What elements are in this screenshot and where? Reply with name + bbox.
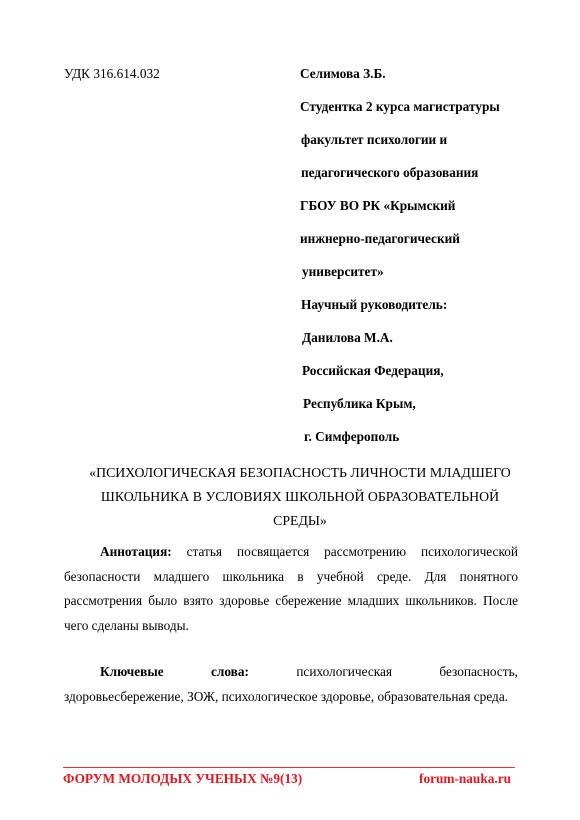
- author-faculty: факультет психологии и: [301, 132, 447, 148]
- region: Республика Крым,: [303, 396, 416, 412]
- title-line-3: СРЕДЫ»: [60, 509, 540, 533]
- journal-website[interactable]: forum-nauka.ru: [419, 771, 511, 787]
- footer-divider: [63, 767, 515, 768]
- abstract-paragraph: Аннотация: статья посвящается рассмотрен…: [64, 540, 518, 638]
- document-page: УДК 316.614.032 Селимова З.Б. Студентка …: [0, 0, 580, 820]
- author-status: Студентка 2 курса магистратуры: [300, 99, 500, 115]
- title-line-2: ШКОЛЬНИКА В УСЛОВИЯХ ШКОЛЬНОЙ ОБРАЗОВАТЕ…: [60, 485, 540, 509]
- keywords-paragraph: Ключевые слова: психологическая безопасн…: [64, 660, 518, 709]
- supervisor-name: Данилова М.А.: [302, 330, 393, 346]
- country: Российская Федерация,: [302, 363, 444, 379]
- keywords-label-2: слова:: [211, 660, 249, 685]
- author-university-end: университет»: [302, 264, 384, 280]
- page-footer: ФОРУМ МОЛОДЫХ УЧЕНЫХ №9(13) forum-nauka.…: [63, 771, 515, 787]
- author-name: Селимова З.Б.: [300, 66, 386, 82]
- keyword-1: психологическая: [296, 660, 392, 685]
- title-line-1: «ПСИХОЛОГИЧЕСКАЯ БЕЗОПАСНОСТЬ ЛИЧНОСТИ М…: [60, 461, 540, 485]
- author-university-cont: инжнерно-педагогический: [300, 231, 460, 247]
- article-title: «ПСИХОЛОГИЧЕСКАЯ БЕЗОПАСНОСТЬ ЛИЧНОСТИ М…: [60, 461, 540, 533]
- journal-name: ФОРУМ МОЛОДЫХ УЧЕНЫХ №9(13): [63, 771, 302, 787]
- supervisor-label: Научный руководитель:: [301, 297, 447, 313]
- keywords-first-line: Ключевые слова: психологическая безопасн…: [64, 660, 518, 685]
- author-faculty-cont: педагогического образования: [301, 165, 478, 181]
- author-university: ГБОУ ВО РК «Крымский: [300, 198, 455, 214]
- keywords-rest: здоровьесбережение, ЗОЖ, психологическое…: [64, 685, 518, 710]
- keyword-2: безопасность,: [439, 660, 518, 685]
- abstract-label: Аннотация:: [100, 544, 172, 559]
- keywords-label-1: Ключевые: [100, 664, 164, 679]
- city: г. Симферополь: [304, 429, 399, 445]
- udk-code: УДК 316.614.032: [64, 66, 160, 82]
